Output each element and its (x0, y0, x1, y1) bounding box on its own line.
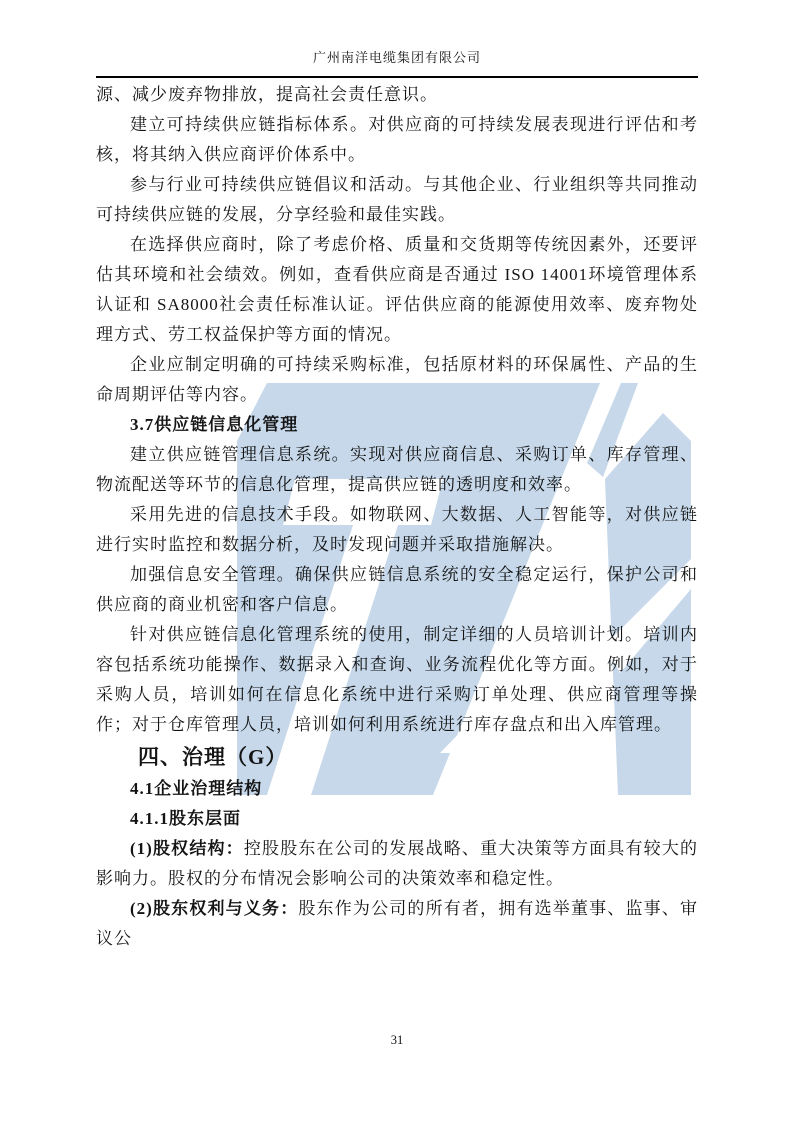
document-body: 源、减少废弃物排放，提高社会责任意识。 建立可持续供应链指标体系。对供应商的可持… (96, 80, 698, 954)
body-paragraph: 在选择供应商时，除了考虑价格、质量和交货期等传统因素外，还要评估其环境和社会绩效… (96, 230, 698, 350)
body-paragraph-shareholding: (1)股权结构：控股股东在公司的发展战略、重大决策等方面具有较大的影响力。股权的… (96, 834, 698, 894)
section-heading-3-7: 3.7供应链信息化管理 (96, 410, 698, 440)
body-paragraph-carryover: 源、减少废弃物排放，提高社会责任意识。 (96, 80, 698, 110)
body-paragraph: 加强信息安全管理。确保供应链信息系统的安全稳定运行，保护公司和供应商的商业机密和… (96, 560, 698, 620)
header-divider-rule (96, 76, 698, 78)
body-paragraph: 采用先进的信息技术手段。如物联网、大数据、人工智能等，对供应链进行实时监控和数据… (96, 500, 698, 560)
section-heading-4-1-1: 4.1.1股东层面 (96, 804, 698, 834)
body-paragraph: 参与行业可持续供应链倡议和活动。与其他企业、行业组织等共同推动可持续供应链的发展… (96, 170, 698, 230)
paragraph-lead-label: (1)股权结构： (130, 839, 244, 858)
page-header-company-name: 广州南洋电缆集团有限公司 (96, 47, 698, 66)
document-page: 广州南洋电缆集团有限公司 源、减少废弃物排放，提高社会责任意识。 建立可持续供应… (0, 0, 794, 1123)
body-paragraph: 建立供应链管理信息系统。实现对供应商信息、采购订单、库存管理、物流配送等环节的信… (96, 440, 698, 500)
page-number: 31 (0, 1033, 794, 1048)
body-paragraph-shareholder-rights: (2)股东权利与义务：股东作为公司的所有者，拥有选举董事、监事、审议公 (96, 894, 698, 954)
section-heading-4-1: 4.1企业治理结构 (96, 774, 698, 804)
paragraph-lead-label: (2)股东权利与义务： (130, 899, 298, 918)
body-paragraph: 建立可持续供应链指标体系。对供应商的可持续发展表现进行评估和考核，将其纳入供应商… (96, 110, 698, 170)
chapter-heading-4-governance: 四、治理（G） (96, 740, 698, 774)
body-paragraph: 针对供应链信息化管理系统的使用，制定详细的人员培训计划。培训内容包括系统功能操作… (96, 620, 698, 740)
body-paragraph: 企业应制定明确的可持续采购标准，包括原材料的环保属性、产品的生命周期评估等内容。 (96, 350, 698, 410)
